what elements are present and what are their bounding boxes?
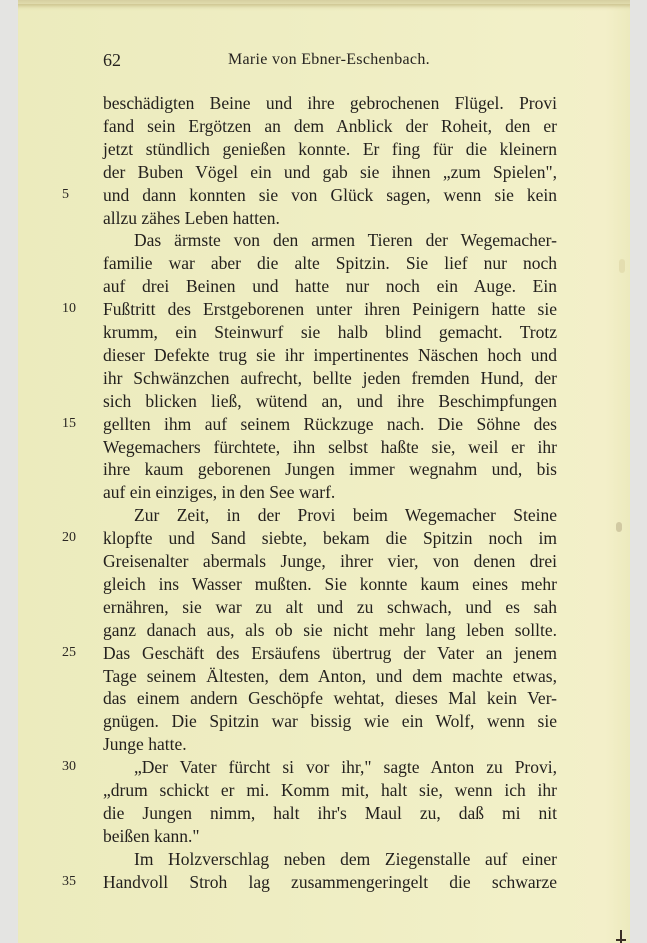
- page-header: 62 Marie von Ebner-Eschenbach.: [103, 50, 623, 76]
- text-line: klopfte und Sand siebte, bekam die Spitz…: [103, 527, 557, 549]
- line-number: 35: [62, 871, 92, 893]
- text-line: auf drei Beinen und hatte nur noch ein A…: [103, 275, 557, 297]
- text-line: beschädigten Beine und ihre gebrochenen …: [103, 92, 557, 114]
- text-line: fand sein Ergötzen an dem Anblick der Ro…: [103, 115, 557, 137]
- text-line: familie war aber die alte Spitzin. Sie l…: [103, 252, 557, 274]
- text-line: Greisenalter abermals Junge, ihrer vier,…: [103, 550, 557, 572]
- scan-corner-mark: [616, 939, 626, 941]
- text-line: „drum schickt er mi. Komm mit, halt sie,…: [103, 779, 557, 801]
- text-line: gnügen. Die Spitzin war bissig wie ein W…: [103, 710, 557, 732]
- text-line: das einem andern Geschöpfe wehtat, diese…: [103, 687, 557, 709]
- running-title: Marie von Ebner-Eschenbach.: [228, 51, 430, 69]
- text-line: gellten ihm auf seinem Rückzuge nach. Di…: [103, 413, 557, 435]
- text-line: Das ärmste von den armen Tieren der Wege…: [103, 229, 557, 251]
- page-stain: [619, 259, 625, 273]
- text-line: Junge hatte.: [103, 733, 557, 755]
- text-line: Zur Zeit, in der Provi beim Wegemacher S…: [103, 504, 557, 526]
- text-line: jetzt stündlich genießen konnte. Er fing…: [103, 138, 557, 160]
- text-line: Tage seinem Ältesten, dem Anton, und dem…: [103, 665, 557, 687]
- text-line: Fußtritt des Erstgeborenen unter ihren P…: [103, 298, 557, 320]
- text-line: der Buben Vögel ein und gab sie ihnen „z…: [103, 161, 557, 183]
- text-line: sich blicken ließ, wütend an, und ihre B…: [103, 390, 557, 412]
- scan-corner-mark: [620, 930, 622, 943]
- text-line: Wegemachers fürchtete, ihn selbst haßte …: [103, 436, 557, 458]
- text-line: auf ein einziges, in den See warf.: [103, 481, 557, 503]
- text-line: die Jungen nimm, halt ihr's Maul zu, daß…: [103, 802, 557, 824]
- line-number: 30: [62, 756, 92, 778]
- line-number: 25: [62, 642, 92, 664]
- line-number: 5: [62, 184, 92, 206]
- line-number: 20: [62, 527, 92, 549]
- line-number: 10: [62, 298, 92, 320]
- text-line: und dann konnten sie von Glück sagen, we…: [103, 184, 557, 206]
- text-line: krumm, ein Steinwurf sie halb blind gema…: [103, 321, 557, 343]
- text-line: beißen kann.": [103, 825, 557, 847]
- text-line: Das Geschäft des Ersäufens übertrug der …: [103, 642, 557, 664]
- page-stain: [616, 522, 622, 532]
- text-line: Im Holzverschlag neben dem Ziegenstalle …: [103, 848, 557, 870]
- text-line: dieser Defekte trug sie ihr impertinente…: [103, 344, 557, 366]
- text-line: „Der Vater fürcht si vor ihr," sagte Ant…: [103, 756, 557, 778]
- line-number: 15: [62, 413, 92, 435]
- text-line: gleich ins Wasser mußten. Sie konnte kau…: [103, 573, 557, 595]
- text-line: Handvoll Stroh lag zusammengeringelt die…: [103, 871, 557, 893]
- text-line: ihre kaum geborenen Jungen immer wegnahm…: [103, 458, 557, 480]
- text-line: ernähren, sie war zu alt und zu schwach,…: [103, 596, 557, 618]
- text-line: ganz danach aus, als ob sie nicht mehr l…: [103, 619, 557, 641]
- text-line: allzu zähes Leben hatten.: [103, 207, 557, 229]
- text-line: ihr Schwänzchen aufrecht, bellte jeden f…: [103, 367, 557, 389]
- page-number: 62: [103, 50, 121, 71]
